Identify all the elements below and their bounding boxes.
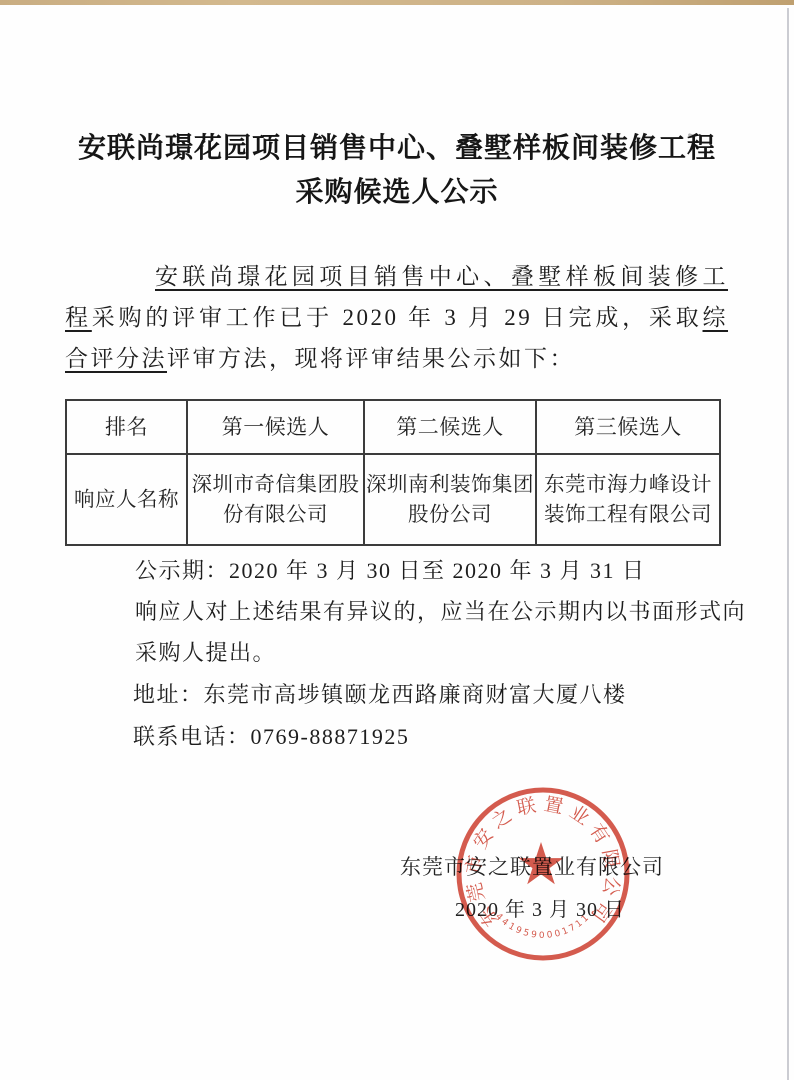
table-header-row: 排名 第一候选人 第二候选人 第三候选人 [66, 400, 720, 454]
objection-line1: 响应人对上述结果有异议的，应当在公示期内以书面形式向 [65, 595, 794, 626]
intro-line3-text: 评审方法，现将评审结果公示如下： [167, 346, 575, 371]
address-line: 地址：东莞市高埗镇颐龙西路廉商财富大厦八楼 [65, 678, 794, 709]
star-icon: ★ [515, 832, 567, 897]
company-seal: 东莞市安之联置业有限公司 ★ 4419590001711 [453, 784, 633, 964]
scanned-document-page: 安联尚璟花园项目销售中心、叠墅样板间装修工程 采购候选人公示 安联尚璟花园项目销… [0, 0, 794, 1080]
phone-line: 联系电话：0769-88871925 [65, 720, 794, 751]
document-title-line2: 采购候选人公示 [40, 170, 754, 210]
header-third-candidate: 第三候选人 [536, 400, 720, 454]
header-first-candidate: 第一候选人 [187, 400, 364, 454]
cell-third-candidate: 东莞市海力峰设计装饰工程有限公司 [536, 454, 720, 545]
seal-number-text: 4419590001711 [493, 912, 593, 941]
intro-paragraph-line3: 合评分法评审方法，现将评审结果公示如下： [65, 340, 728, 373]
scan-top-edge [0, 0, 794, 5]
table-row: 响应人名称 深圳市奇信集团股份有限公司 深圳南利装饰集团股份公司 东莞市海力峰设… [66, 454, 720, 545]
objection-line2: 采购人提出。 [65, 636, 794, 667]
header-rank: 排名 [66, 400, 187, 454]
publicity-period-line: 公示期：2020 年 3 月 30 日至 2020 年 3 月 31 日 [65, 554, 794, 585]
underline-continue-char: 程 [65, 305, 92, 330]
underline-method-rest: 合评分法 [65, 346, 167, 371]
underlined-project-name: 安联尚璟花园项目销售中心、叠墅样板间装修工 [155, 264, 728, 289]
candidates-table: 排名 第一候选人 第二候选人 第三候选人 响应人名称 深圳市奇信集团股份有限公司… [65, 399, 721, 546]
row-label-respondent-name: 响应人名称 [66, 454, 187, 545]
header-second-candidate: 第二候选人 [364, 400, 536, 454]
intro-paragraph-line2: 程采购的评审工作已于 2020 年 3 月 29 日完成，采取综 [65, 299, 728, 332]
cell-first-candidate: 深圳市奇信集团股份有限公司 [187, 454, 364, 545]
document-title-line1: 安联尚璟花园项目销售中心、叠墅样板间装修工程 [40, 126, 754, 166]
intro-line2-text: 采购的评审工作已于 2020 年 3 月 29 日完成，采取 [92, 305, 703, 330]
intro-paragraph-line1: 安联尚璟花园项目销售中心、叠墅样板间装修工 [65, 258, 728, 291]
underline-method-start: 综 [703, 305, 729, 330]
paper-right-edge [787, 8, 789, 1080]
cell-second-candidate: 深圳南利装饰集团股份公司 [364, 454, 536, 545]
